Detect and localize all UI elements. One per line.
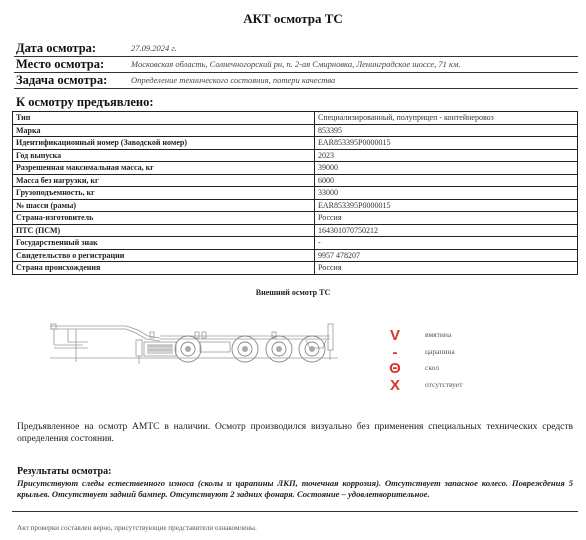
table-row: Свидетельство о регистрации9957 478207 — [13, 249, 578, 262]
table-row: Разрешенная максимальная масса, кг39000 — [13, 162, 578, 175]
property-name: Свидетельство о регистрации — [13, 249, 315, 262]
table-row: Грузоподъемность, кг33000 — [13, 187, 578, 200]
property-value: 853395 — [315, 124, 578, 137]
property-name: Год выпуска — [13, 149, 315, 162]
table-row: Марка853395 — [13, 124, 578, 137]
date-value: 27.09.2024 г. — [131, 42, 177, 55]
property-name: Разрешенная максимальная масса, кг — [13, 162, 315, 175]
footer-note: Акт проверки составлен верно, присутству… — [17, 524, 257, 532]
property-name: Марка — [13, 124, 315, 137]
table-row: Масса без нагрузки, кг6000 — [13, 174, 578, 187]
table-row: ПТС (ПСМ)164301070750212 — [13, 224, 578, 237]
property-name: № шасси (рамы) — [13, 199, 315, 212]
property-value: - — [315, 237, 578, 250]
trailer-diagram — [48, 320, 338, 370]
legend-label: отсутствует — [425, 380, 463, 389]
property-value: 33000 — [315, 187, 578, 200]
property-name: Грузоподъемность, кг — [13, 187, 315, 200]
legend-label: вмятина — [425, 330, 451, 339]
table-row: Страна-изготовительРоссия — [13, 212, 578, 225]
vehicle-properties-table: ТипСпециализированный, полуприцеп - конт… — [12, 111, 578, 275]
property-name: Идентификационный номер (Заводской номер… — [13, 137, 315, 150]
place-label: Место осмотра: — [16, 57, 104, 72]
table-row: Страна происхожденияРоссия — [13, 262, 578, 275]
property-value: Россия — [315, 262, 578, 275]
info-row-place: Место осмотра: Московская область, Солне… — [14, 57, 578, 73]
document-title: АКТ осмотра ТС — [0, 11, 586, 27]
table-row: № шасси (рамы)EAR853395P0000015 — [13, 199, 578, 212]
property-name: Масса без нагрузки, кг — [13, 174, 315, 187]
property-value: Россия — [315, 212, 578, 225]
property-name: Страна-изготовитель — [13, 212, 315, 225]
property-value: 39000 — [315, 162, 578, 175]
inspection-statement: Предъявленное на осмотр АМТС в наличии. … — [17, 421, 573, 445]
chip-icon: O — [388, 361, 402, 376]
place-value: Московская область, Солнечногорский рн, … — [131, 58, 461, 71]
info-row-date: Дата осмотра: 27.09.2024 г. — [14, 41, 578, 57]
property-name: Тип — [13, 112, 315, 125]
inspection-info: Дата осмотра: 27.09.2024 г. Место осмотр… — [14, 41, 578, 89]
legend-label: царапина — [425, 347, 455, 356]
table-row: Год выпуска2023 — [13, 149, 578, 162]
property-value: Специализированный, полуприцеп - контейн… — [315, 112, 578, 125]
property-name: Государственный знак — [13, 237, 315, 250]
results-divider — [12, 511, 578, 512]
info-row-task: Задача осмотра: Определение технического… — [14, 73, 578, 89]
table-row: ТипСпециализированный, полуприцеп - конт… — [13, 112, 578, 125]
task-value: Определение технического состояния, поте… — [131, 74, 335, 87]
date-label: Дата осмотра: — [16, 41, 96, 56]
property-value: 9957 478207 — [315, 249, 578, 262]
dent-icon: V — [388, 328, 402, 343]
presented-heading: К осмотру предъявлено: — [16, 95, 154, 110]
missing-icon: X — [388, 378, 402, 393]
property-value: EAR853395P0000015 — [315, 137, 578, 150]
trailer-drawing-icon — [48, 320, 338, 370]
external-inspection-heading: Внешний осмотр ТС — [0, 288, 586, 297]
property-value: 6000 — [315, 174, 578, 187]
property-value: EAR853395P0000015 — [315, 199, 578, 212]
task-label: Задача осмотра: — [16, 73, 107, 88]
property-value: 164301070750212 — [315, 224, 578, 237]
table-row: Идентификационный номер (Заводской номер… — [13, 137, 578, 150]
results-text: Присутствуют следы естественного износа … — [17, 478, 573, 499]
property-value: 2023 — [315, 149, 578, 162]
property-name: ПТС (ПСМ) — [13, 224, 315, 237]
results-heading: Результаты осмотра: — [17, 466, 111, 477]
property-name: Страна происхождения — [13, 262, 315, 275]
table-row: Государственный знак- — [13, 237, 578, 250]
legend-label: скол — [425, 363, 439, 372]
